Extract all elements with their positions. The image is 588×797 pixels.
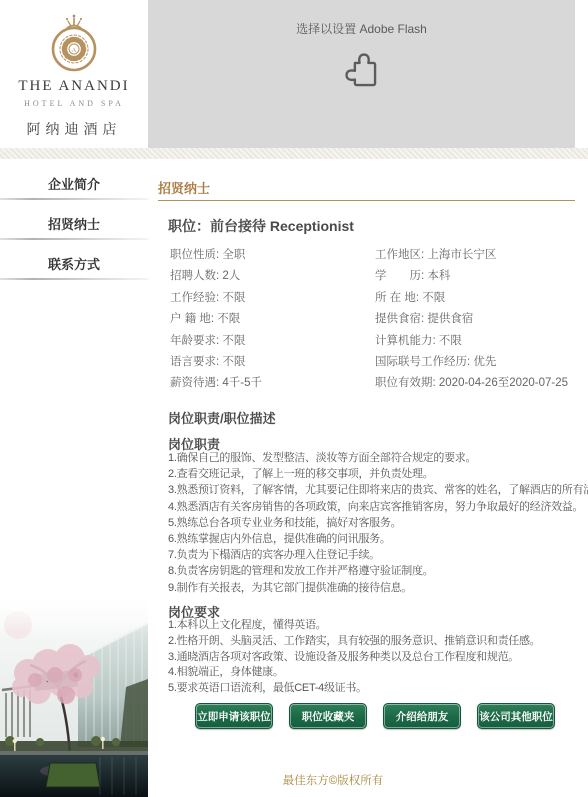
flash-placeholder-message: 选择以设置 Adobe Flash — [148, 0, 575, 37]
job-detail-row: 语言要求不限 — [170, 353, 262, 374]
job-detail-row: 职位有效期2020-04-26至2020-07-25 — [375, 374, 568, 395]
job-details-right-column: 工作地区上海市长宁区 学 历本科 所 在 地不限 提供食宿提供食宿 计算机能力不… — [375, 246, 568, 396]
detail-value: 全职 — [222, 249, 245, 261]
detail-value: 不限 — [222, 292, 245, 304]
job-title: 职位：前台接待 Receptionist — [168, 216, 354, 236]
page: A THE ANANDI HOTEL AND SPA 阿纳迪酒店 选择以设置 A… — [0, 0, 588, 797]
detail-value: 提供食宿 — [427, 313, 473, 325]
requirement-item: 2.性格开朗、头脑灵活、工作踏实，具有较强的服务意识、推销意识和责任感。 — [168, 634, 540, 650]
detail-label: 职位有效期 — [375, 377, 439, 389]
duty-item: 7.负责为下榻酒店的宾客办理入住登记手续。 — [168, 547, 588, 563]
copyright-footer: 最佳东方©版权所有 — [148, 772, 518, 788]
duty-item: 3.熟悉预订资料，了解客情，尤其要记住即将来店的贵宾、常客的姓名，了解酒店的所有… — [168, 482, 588, 498]
detail-value: 优先 — [473, 356, 496, 368]
duty-item: 2.查看交班记录，了解上一班的移交事项，并负责处理。 — [168, 466, 588, 482]
title-divider — [158, 200, 575, 201]
requirement-item: 5.要求英语口语流利，最低CET-4级证书。 — [168, 681, 540, 697]
detail-value: 2人 — [222, 270, 240, 282]
detail-value: 不限 — [422, 292, 445, 304]
pomegranate-logo-icon: A — [43, 10, 105, 76]
brand-name: THE ANANDI — [18, 78, 129, 95]
detail-value: 2020-04-26至2020-07-25 — [439, 377, 568, 389]
detail-label: 所 在 地 — [375, 292, 422, 304]
hotel-photo-art — [0, 595, 148, 797]
flash-plugin-placeholder[interactable]: 选择以设置 Adobe Flash — [148, 0, 575, 148]
detail-label: 计算机能力 — [375, 335, 439, 347]
requirements-list: 1.本科以上文化程度，懂得英语。2.性格开朗、头脑灵活、工作踏实，具有较强的服务… — [168, 618, 540, 697]
job-detail-row: 职位性质全职 — [170, 246, 262, 267]
detail-label: 户 籍 地 — [170, 313, 217, 325]
job-detail-row: 年龄要求不限 — [170, 332, 262, 353]
job-detail-row: 所 在 地不限 — [375, 289, 568, 310]
duty-item: 1.确保自己的服饰、发型整洁、淡妆等方面全部符合规定的要求。 — [168, 450, 588, 466]
detail-label: 工作地区 — [375, 249, 427, 261]
sidebar-nav: 企业简介 招贤纳士 联系方式 — [0, 160, 148, 280]
detail-value: 4千-5千 — [222, 377, 262, 389]
job-detail-row: 国际联号工作经历优先 — [375, 353, 568, 374]
brand-logo-block: A THE ANANDI HOTEL AND SPA 阿纳迪酒店 — [0, 0, 148, 148]
job-detail-row: 提供食宿提供食宿 — [375, 310, 568, 331]
decor-texture-band — [0, 148, 588, 159]
requirement-item: 4.相貌端正，身体健康。 — [168, 665, 540, 681]
requirement-item: 3.通晓酒店各项对客政策、设施设备及服务种类以及总台工作程度和规范。 — [168, 650, 540, 666]
brand-tagline: HOTEL AND SPA — [24, 99, 124, 108]
favorites-button[interactable]: 职位收藏夹 — [289, 703, 367, 729]
duty-item: 9.制作有关报表，为其它部门提供准确的接待信息。 — [168, 580, 588, 596]
detail-value: 上海市长宁区 — [427, 249, 496, 261]
detail-value: 本科 — [427, 270, 450, 282]
requirement-item: 1.本科以上文化程度，懂得英语。 — [168, 618, 540, 634]
detail-label: 年龄要求 — [170, 335, 222, 347]
detail-label: 提供食宿 — [375, 313, 427, 325]
job-detail-row: 工作经验不限 — [170, 289, 262, 310]
detail-label: 招聘人数 — [170, 270, 222, 282]
detail-label: 国际联号工作经历 — [375, 356, 473, 368]
detail-value: 不限 — [217, 313, 240, 325]
detail-label: 薪资待遇 — [170, 377, 222, 389]
other-jobs-button[interactable]: 该公司其他职位 — [477, 703, 555, 729]
hotel-photo — [0, 595, 148, 797]
job-detail-row: 户 籍 地不限 — [170, 310, 262, 331]
job-details-left-column: 职位性质全职 招聘人数2人 工作经验不限 户 籍 地不限 年龄要求不限 语言要求… — [170, 246, 262, 396]
job-detail-row: 薪资待遇4千-5千 — [170, 374, 262, 395]
duty-item: 8.负责客房钥匙的管理和发放工作并严格遵守验证制度。 — [168, 563, 588, 579]
puzzle-piece-icon — [343, 50, 381, 90]
job-detail-row: 工作地区上海市长宁区 — [375, 246, 568, 267]
duty-item: 4.熟悉酒店有关客房销售的各项政策，向来店宾客推销客房，努力争取最好的经济效益。 — [168, 499, 588, 515]
sidebar-item-label: 招贤纳士 — [48, 214, 100, 233]
page-title: 招贤纳士 — [158, 178, 210, 197]
description-section-header: 岗位职责/职位描述 — [168, 408, 276, 427]
sidebar-item-contact[interactable]: 联系方式 — [0, 240, 148, 280]
sidebar-item-label: 联系方式 — [48, 254, 100, 273]
sidebar-item-label: 企业简介 — [48, 174, 100, 193]
main-content: 招贤纳士 职位：前台接待 Receptionist 职位性质全职 招聘人数2人 … — [148, 160, 575, 797]
detail-value: 不限 — [439, 335, 462, 347]
duty-item: 5.熟练总台各项专业业务和技能，搞好对客服务。 — [168, 515, 588, 531]
detail-label: 语言要求 — [170, 356, 222, 368]
refer-friend-button[interactable]: 介绍给朋友 — [383, 703, 461, 729]
detail-value: 不限 — [222, 335, 245, 347]
detail-value: 不限 — [222, 356, 245, 368]
apply-button[interactable]: 立即申请该职位 — [195, 703, 273, 729]
job-detail-row: 计算机能力不限 — [375, 332, 568, 353]
duties-list: 1.确保自己的服饰、发型整洁、淡妆等方面全部符合规定的要求。2.查看交班记录，了… — [168, 450, 588, 596]
action-button-row: 立即申请该职位 职位收藏夹 介绍给朋友 该公司其他职位 — [195, 703, 555, 729]
sidebar-item-company-profile[interactable]: 企业简介 — [0, 160, 148, 200]
duty-item: 6.熟练掌握店内外信息，提供准确的问讯服务。 — [168, 531, 588, 547]
sidebar-item-recruitment[interactable]: 招贤纳士 — [0, 200, 148, 240]
job-detail-row: 招聘人数2人 — [170, 267, 262, 288]
detail-label: 学 历 — [375, 270, 427, 282]
brand-name-chinese: 阿纳迪酒店 — [27, 119, 122, 139]
detail-label: 职位性质 — [170, 249, 222, 261]
job-detail-row: 学 历本科 — [375, 267, 568, 288]
svg-text:A: A — [72, 47, 77, 54]
detail-label: 工作经验 — [170, 292, 222, 304]
